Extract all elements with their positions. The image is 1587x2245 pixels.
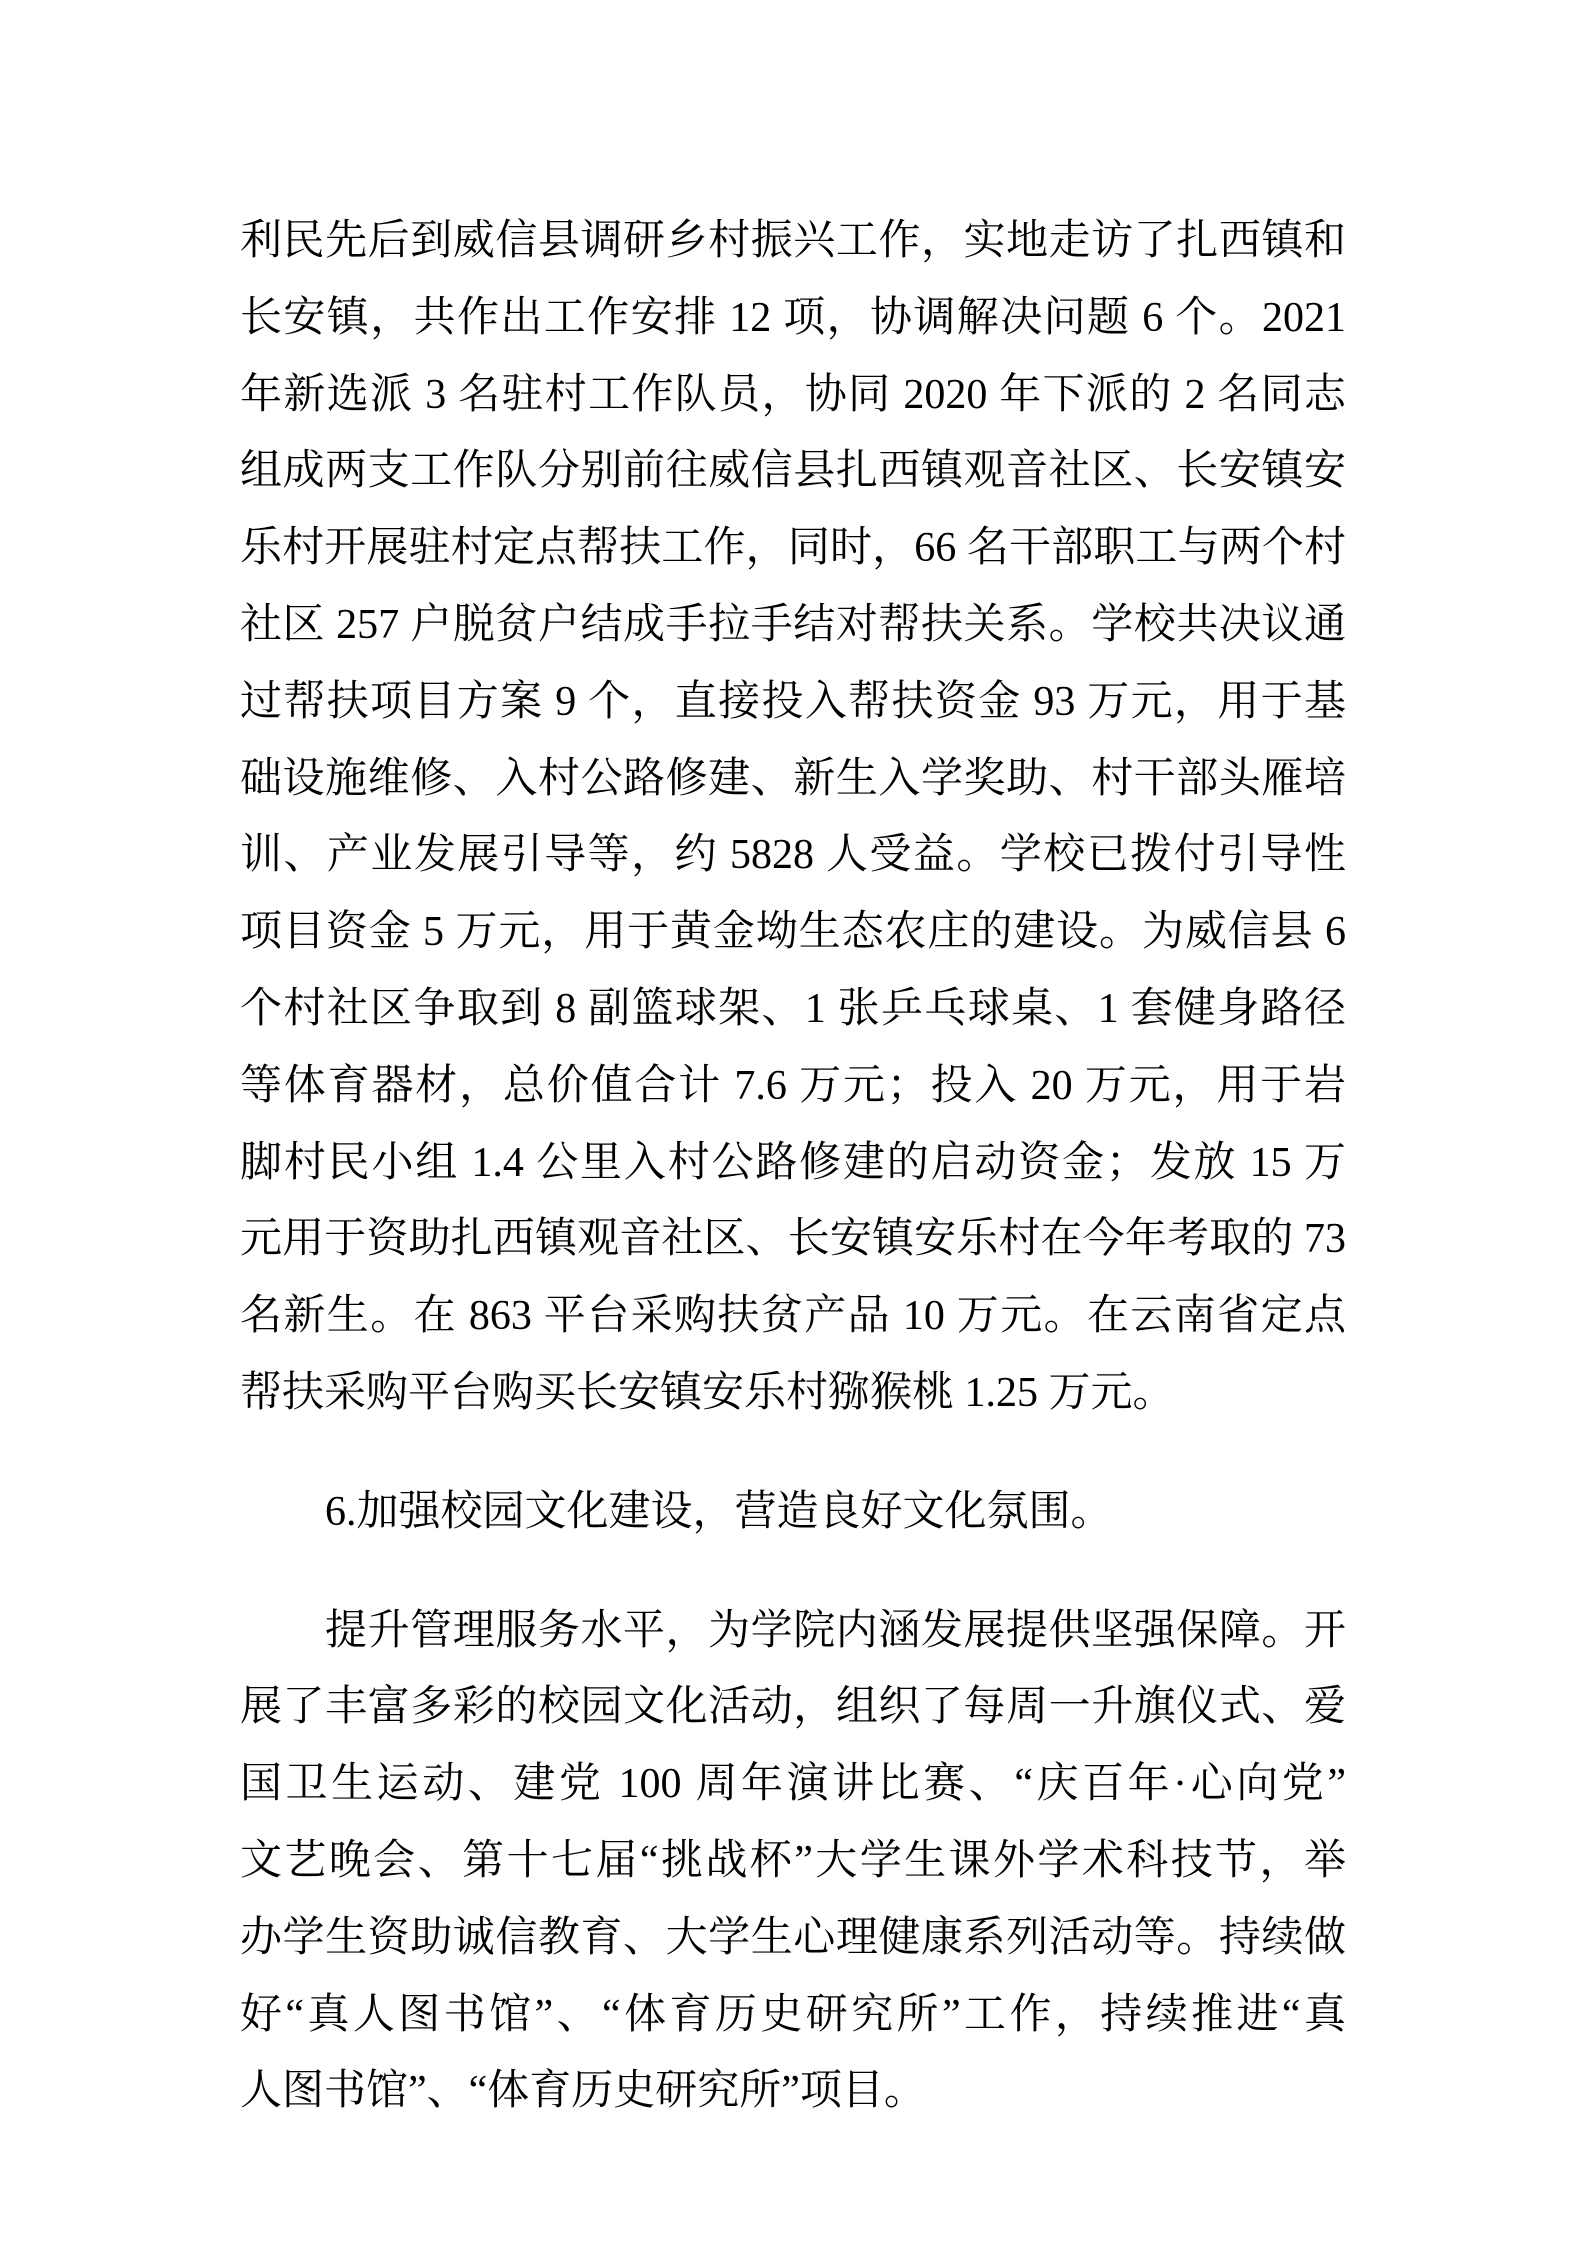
text-line: 名新生。在 863 平台采购扶贫产品 10 万元。在云南省定点 bbox=[240, 1278, 1346, 1355]
text-line: 文艺晚会、第十七届“挑战杯”大学生课外学术科技节，举 bbox=[240, 1823, 1346, 1900]
text-line: 社区 257 户脱贫户结成手拉手结对帮扶关系。学校共决议通 bbox=[240, 587, 1346, 664]
text-line: 国卫生运动、建党 100 周年演讲比赛、“庆百年·心向党” bbox=[240, 1746, 1346, 1823]
text-line: 乐村开展驻村定点帮扶工作，同时，66 名干部职工与两个村 bbox=[240, 510, 1346, 587]
text-line: 过帮扶项目方案 9 个，直接投入帮扶资金 93 万元，用于基 bbox=[240, 664, 1346, 741]
text-line: 长安镇，共作出工作安排 12 项，协调解决问题 6 个。2021 bbox=[240, 280, 1346, 357]
text-line: 训、产业发展引导等，约 5828 人受益。学校已拨付引导性 bbox=[240, 817, 1346, 894]
text-line: 利民先后到威信县调研乡村振兴工作，实地走访了扎西镇和 bbox=[240, 203, 1346, 280]
text-line: 等体育器材，总价值合计 7.6 万元；投入 20 万元，用于岩 bbox=[240, 1048, 1346, 1125]
text-line: 提升管理服务水平，为学院内涵发展提供坚强保障。开 bbox=[240, 1593, 1346, 1670]
text-line: 好“真人图书馆”、“体育历史研究所”工作，持续推进“真 bbox=[240, 1977, 1346, 2054]
document-page: 利民先后到威信县调研乡村振兴工作，实地走访了扎西镇和 长安镇，共作出工作安排 1… bbox=[0, 0, 1587, 2245]
text-line: 帮扶采购平台购买长安镇安乐村猕猴桃 1.25 万元。 bbox=[240, 1355, 1346, 1432]
text-line: 础设施维修、入村公路修建、新生入学奖助、村干部头雁培 bbox=[240, 741, 1346, 818]
text-line: 元用于资助扎西镇观音社区、长安镇安乐村在今年考取的 73 bbox=[240, 1201, 1346, 1278]
text-line: 个村社区争取到 8 副篮球架、1 张乒乓球桌、1 套健身路径 bbox=[240, 971, 1346, 1048]
text-line: 项目资金 5 万元，用于黄金坳生态农庄的建设。为威信县 6 bbox=[240, 894, 1346, 971]
document-body: 利民先后到威信县调研乡村振兴工作，实地走访了扎西镇和 长安镇，共作出工作安排 1… bbox=[240, 203, 1346, 2172]
text-line: 展了丰富多彩的校园文化活动，组织了每周一升旗仪式、爱 bbox=[240, 1669, 1346, 1746]
text-line: 年新选派 3 名驻村工作队员，协同 2020 年下派的 2 名同志 bbox=[240, 357, 1346, 434]
text-line: 组成两支工作队分别前往威信县扎西镇观音社区、长安镇安 bbox=[240, 433, 1346, 510]
text-line: 人图书馆”、“体育历史研究所”项目。 bbox=[240, 2053, 1346, 2130]
text-line: 6.加强校园文化建设，营造良好文化氛围。 bbox=[240, 1474, 1346, 1551]
text-line: 脚村民小组 1.4 公里入村公路修建的启动资金；发放 15 万 bbox=[240, 1125, 1346, 1202]
text-line: 办学生资助诚信教育、大学生心理健康系列活动等。持续做 bbox=[240, 1900, 1346, 1977]
